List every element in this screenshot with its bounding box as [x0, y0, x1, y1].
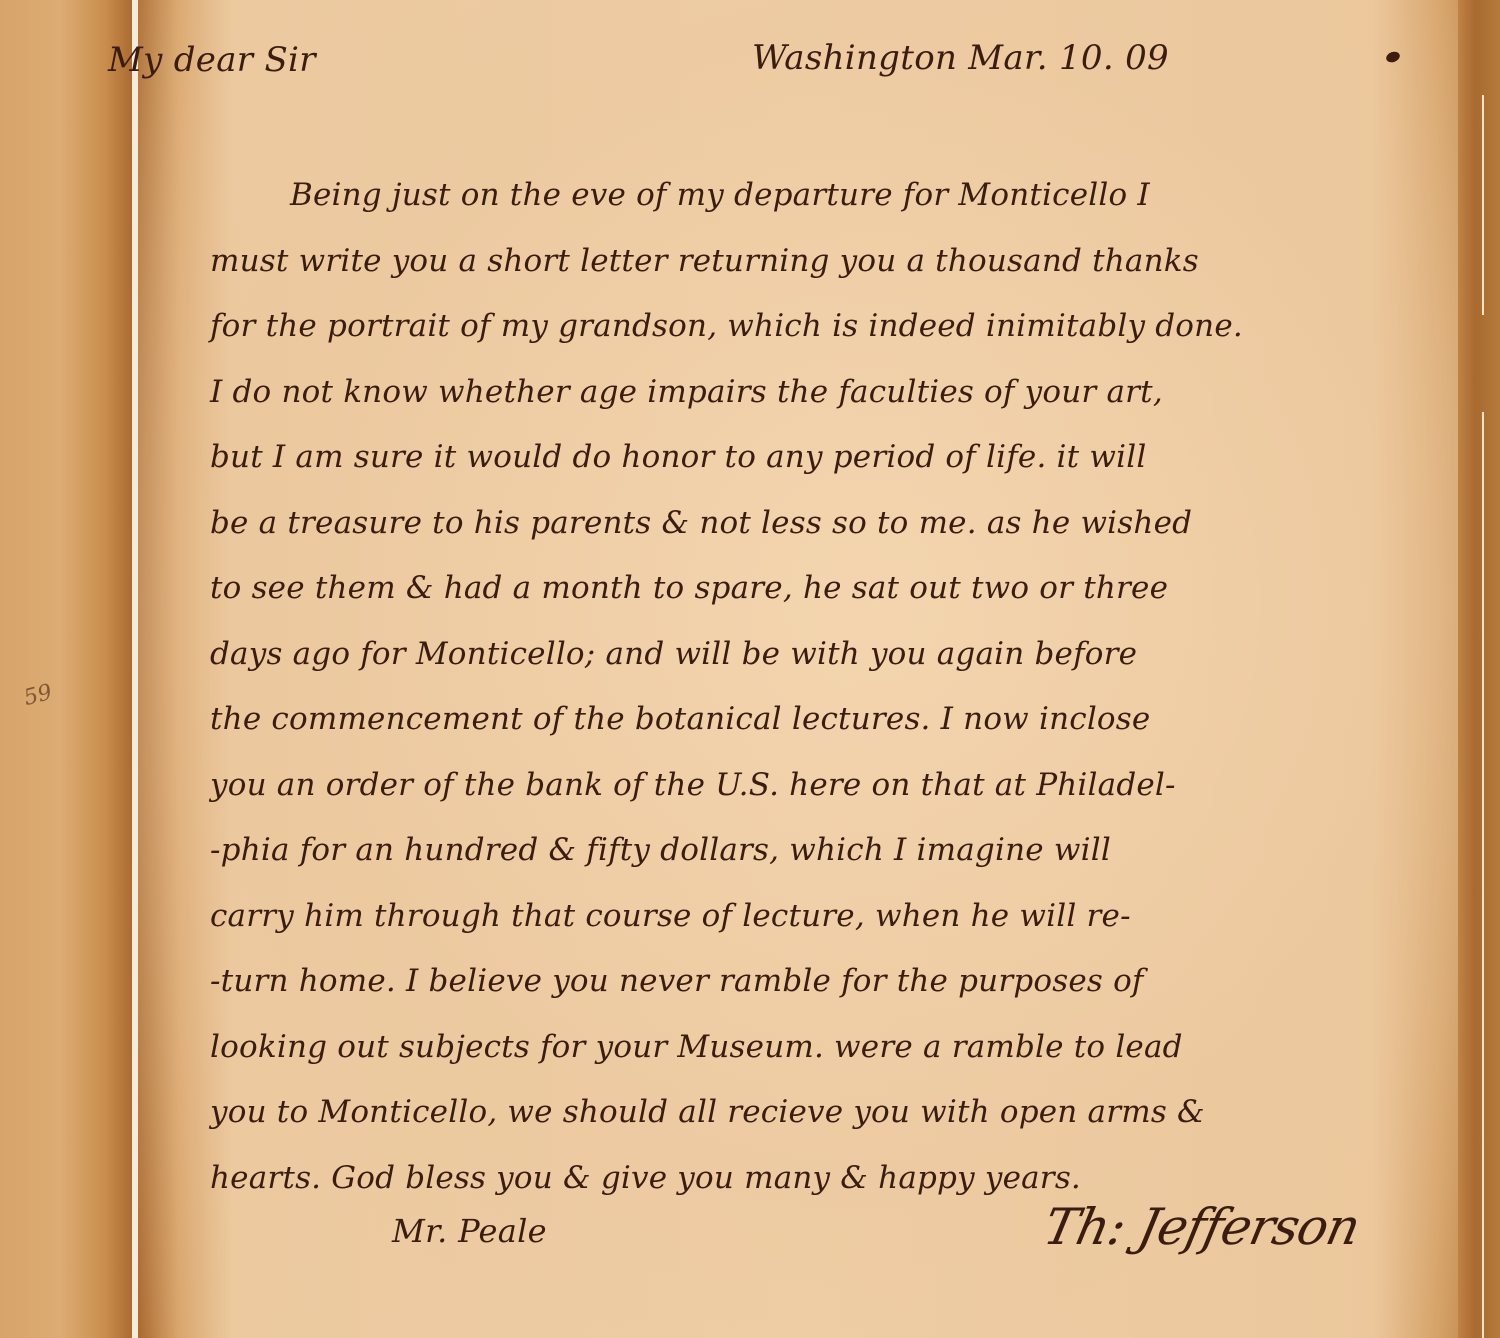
- body-line: but I am sure it would do honor to any p…: [210, 425, 1460, 491]
- body-line: I do not know whether age impairs the fa…: [210, 360, 1460, 426]
- body-line: to see them & had a month to spare, he s…: [210, 556, 1460, 622]
- body-line: the commencement of the botanical lectur…: [210, 687, 1460, 753]
- dateline: Washington Mar. 10. 09: [752, 38, 1169, 78]
- body-line: for the portrait of my grandson, which i…: [210, 294, 1460, 360]
- right-mat-line: [1482, 95, 1484, 315]
- body-line: -turn home. I believe you never ramble f…: [210, 949, 1460, 1015]
- body-line: carry him through that course of lecture…: [210, 884, 1460, 950]
- letter-body: Being just on the eve of my departure fo…: [210, 163, 1460, 1211]
- body-line: -phia for an hundred & fifty dollars, wh…: [210, 818, 1460, 884]
- body-line: must write you a short letter returning …: [210, 229, 1460, 295]
- body-line: Being just on the eve of my departure fo…: [210, 163, 1460, 229]
- signature: Th: Jefferson: [1039, 1198, 1365, 1256]
- addressee: Mr. Peale: [392, 1212, 547, 1250]
- salutation: My dear Sir: [108, 40, 316, 80]
- body-line: you an order of the bank of the U.S. her…: [210, 753, 1460, 819]
- body-line: days ago for Monticello; and will be wit…: [210, 622, 1460, 688]
- left-adjacent-sheet: [0, 0, 135, 1338]
- right-mat-edge: [1458, 0, 1500, 1338]
- body-line: be a treasure to his parents & not less …: [210, 491, 1460, 557]
- body-line: you to Monticello, we should all recieve…: [210, 1080, 1460, 1146]
- body-line: looking out subjects for your Museum. we…: [210, 1015, 1460, 1081]
- right-mat-line: [1482, 412, 1484, 1338]
